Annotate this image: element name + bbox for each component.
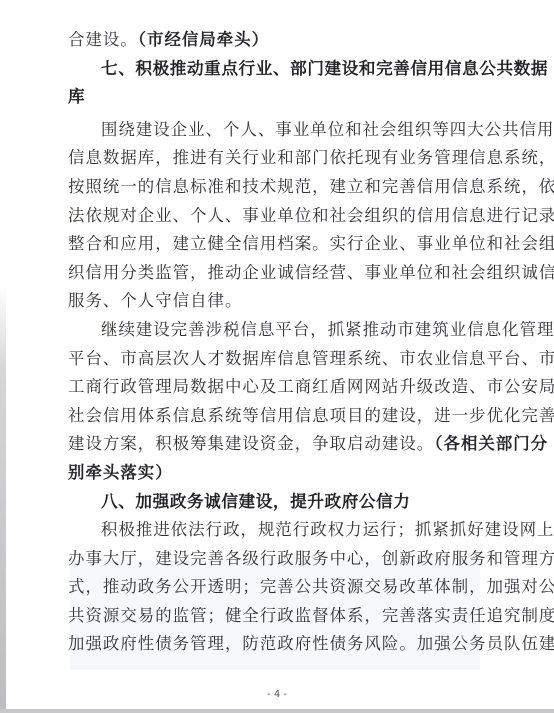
section-heading-7-cont: 库: [68, 83, 492, 112]
paragraph-line: 平台、市高层次人才数据库信息管理系统、市农业信息平台、市: [68, 345, 492, 374]
lead-department: （市经信局牵头）: [138, 30, 269, 49]
paragraph-line: 信息数据库，推进有关行业和部门依托现有业务管理信息系统，: [68, 144, 492, 173]
lead-department-cont: 别牵头落实）: [68, 459, 492, 488]
document-page: 合建设。（市经信局牵头） 七、积极推动重点行业、部门建设和完善信用信息公共数据 …: [68, 26, 492, 659]
paragraph-line: 合建设。（市经信局牵头）: [68, 26, 492, 55]
paragraph-line: 工商行政管理局数据中心及工商红盾网网站升级改造、市公安局: [68, 373, 492, 402]
paragraph-line: 式，推动政务公开透明；完善公共资源交易改革体制，加强对公: [68, 573, 492, 602]
section-heading-8: 八、加强政务诚信建设，提升政府公信力: [68, 488, 492, 517]
section-heading-7: 七、积极推动重点行业、部门建设和完善信用信息公共数据: [68, 55, 492, 84]
paragraph-line: 服务、个人守信自律。: [68, 287, 492, 316]
paragraph-line: 加强政府性债务管理，防范政府性债务风险。加强公务员队伍建: [68, 630, 492, 659]
page-number: - 4 -: [0, 689, 554, 700]
paragraph-line: 按照统一的信息标准和技术规范，建立和完善信用信息系统，依: [68, 173, 492, 202]
paragraph-line: 整合和应用，建立健全信用档案。实行企业、事业单位和社会组: [68, 230, 492, 259]
paragraph-line: 继续建设完善涉税信息平台，抓紧推动市建筑业信息化管理: [68, 316, 492, 345]
paragraph-line: 织信用分类监管，推动企业诚信经营、事业单位和社会组织诚信: [68, 259, 492, 288]
body-text: 合建设。: [68, 30, 138, 49]
paragraph-line: 围绕建设企业、个人、事业单位和社会组织等四大公共信用: [68, 116, 492, 145]
paragraph-line: 办事大厅，建设完善各级行政服务中心，创新政府服务和管理方: [68, 545, 492, 574]
body-text: 建设方案，积极筹集建设资金，争取启动建设。: [68, 434, 434, 453]
lead-department: （各相关部门分: [434, 434, 548, 453]
paragraph-line: 积极推进依法行政，规范行政权力运行；抓紧抓好建设网上: [68, 516, 492, 545]
paragraph-line: 建设方案，积极筹集建设资金，争取启动建设。（各相关部门分: [68, 430, 492, 459]
scan-left-edge: [0, 0, 6, 713]
scan-bottom-edge: [0, 709, 554, 713]
paragraph-line: 法依规对企业、个人、事业单位和社会组织的信用信息进行记录、: [68, 202, 492, 231]
paragraph-line: 共资源交易的监管；健全行政监督体系，完善落实责任追究制度。: [68, 602, 492, 631]
paragraph-line: 社会信用体系信息系统等信用信息项目的建设，进一步优化完善: [68, 402, 492, 431]
